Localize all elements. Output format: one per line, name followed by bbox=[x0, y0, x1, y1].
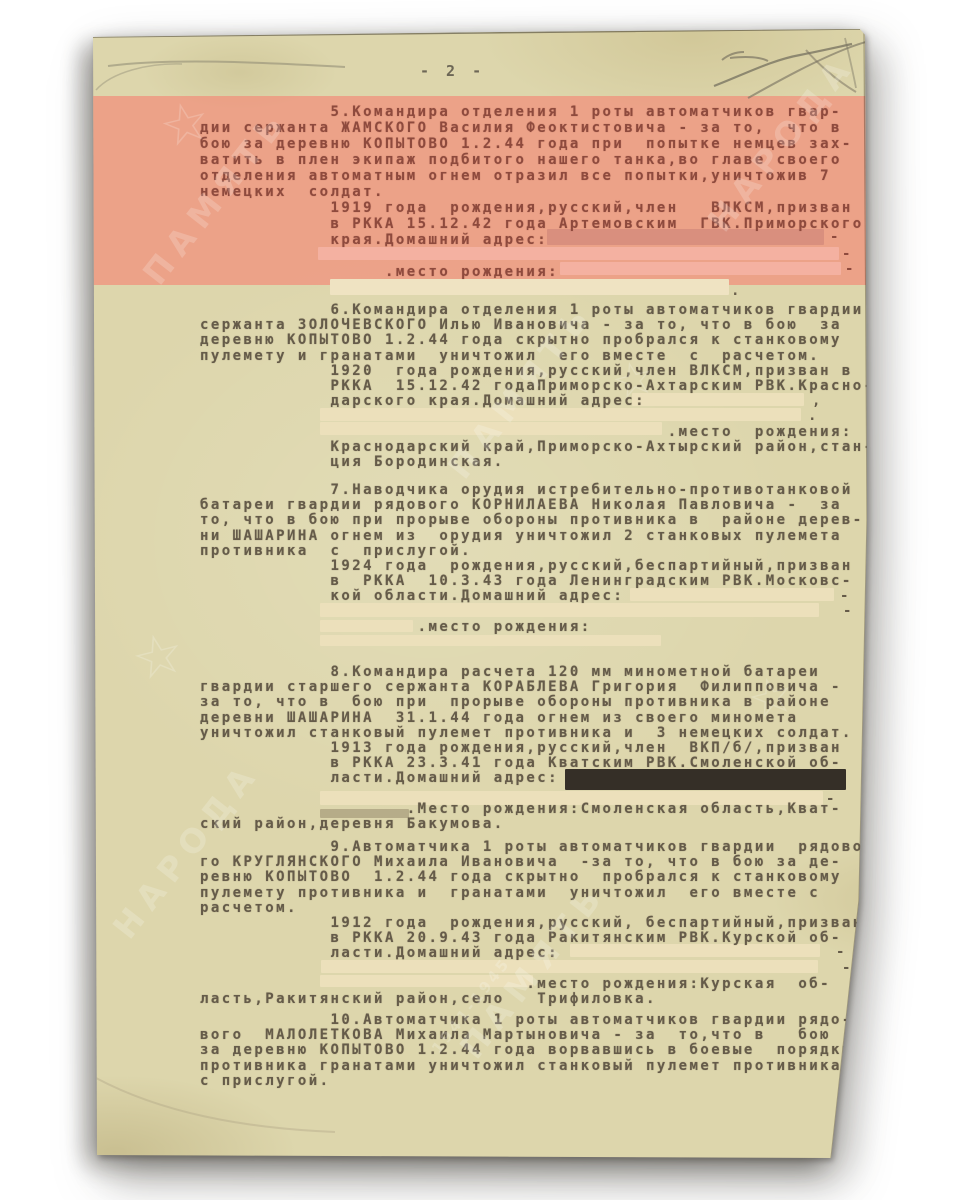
typed-mark: - bbox=[845, 262, 853, 276]
typed-mark: , bbox=[812, 394, 820, 408]
typed-mark: - bbox=[842, 961, 850, 975]
redaction-box bbox=[330, 279, 729, 295]
paragraph-5: 5.Командира отделения 1 роты автоматчико… bbox=[200, 104, 864, 280]
typed-mark: - bbox=[836, 945, 844, 959]
typed-mark: . bbox=[731, 284, 739, 298]
scanned-page: - 2 - 5.Командира отделения 1 роты автом… bbox=[0, 0, 960, 1200]
pencil-scribble-2 bbox=[722, 52, 768, 61]
paragraph-10: 10.Автоматчика 1 роты автоматчиков гвард… bbox=[200, 1013, 853, 1089]
pencil-curve-left bbox=[96, 64, 182, 90]
pencil-line-top-left bbox=[108, 61, 345, 67]
paragraph-9: 9.Автоматчика 1 роты автоматчиков гварди… bbox=[200, 840, 874, 1007]
paragraph-8: 8.Командира расчета 120 мм минометной ба… bbox=[200, 665, 853, 832]
typed-mark: - bbox=[842, 247, 850, 261]
typed-mark: - bbox=[840, 589, 848, 603]
typed-mark: - bbox=[830, 230, 838, 244]
typed-mark: . bbox=[808, 409, 816, 423]
typed-mark: - bbox=[843, 604, 851, 618]
paragraph-7: 7.Наводчика орудия истребительно-противо… bbox=[200, 483, 864, 635]
redaction-box bbox=[320, 635, 661, 646]
document-shadow: - 2 - 5.Командира отделения 1 роты автом… bbox=[0, 0, 960, 1200]
paragraph-6: 6.Командира отделения 1 роты автоматчико… bbox=[200, 303, 874, 470]
typed-mark: - bbox=[826, 792, 834, 806]
page-number: - 2 - bbox=[420, 62, 485, 80]
paper-top-edge bbox=[93, 29, 860, 37]
